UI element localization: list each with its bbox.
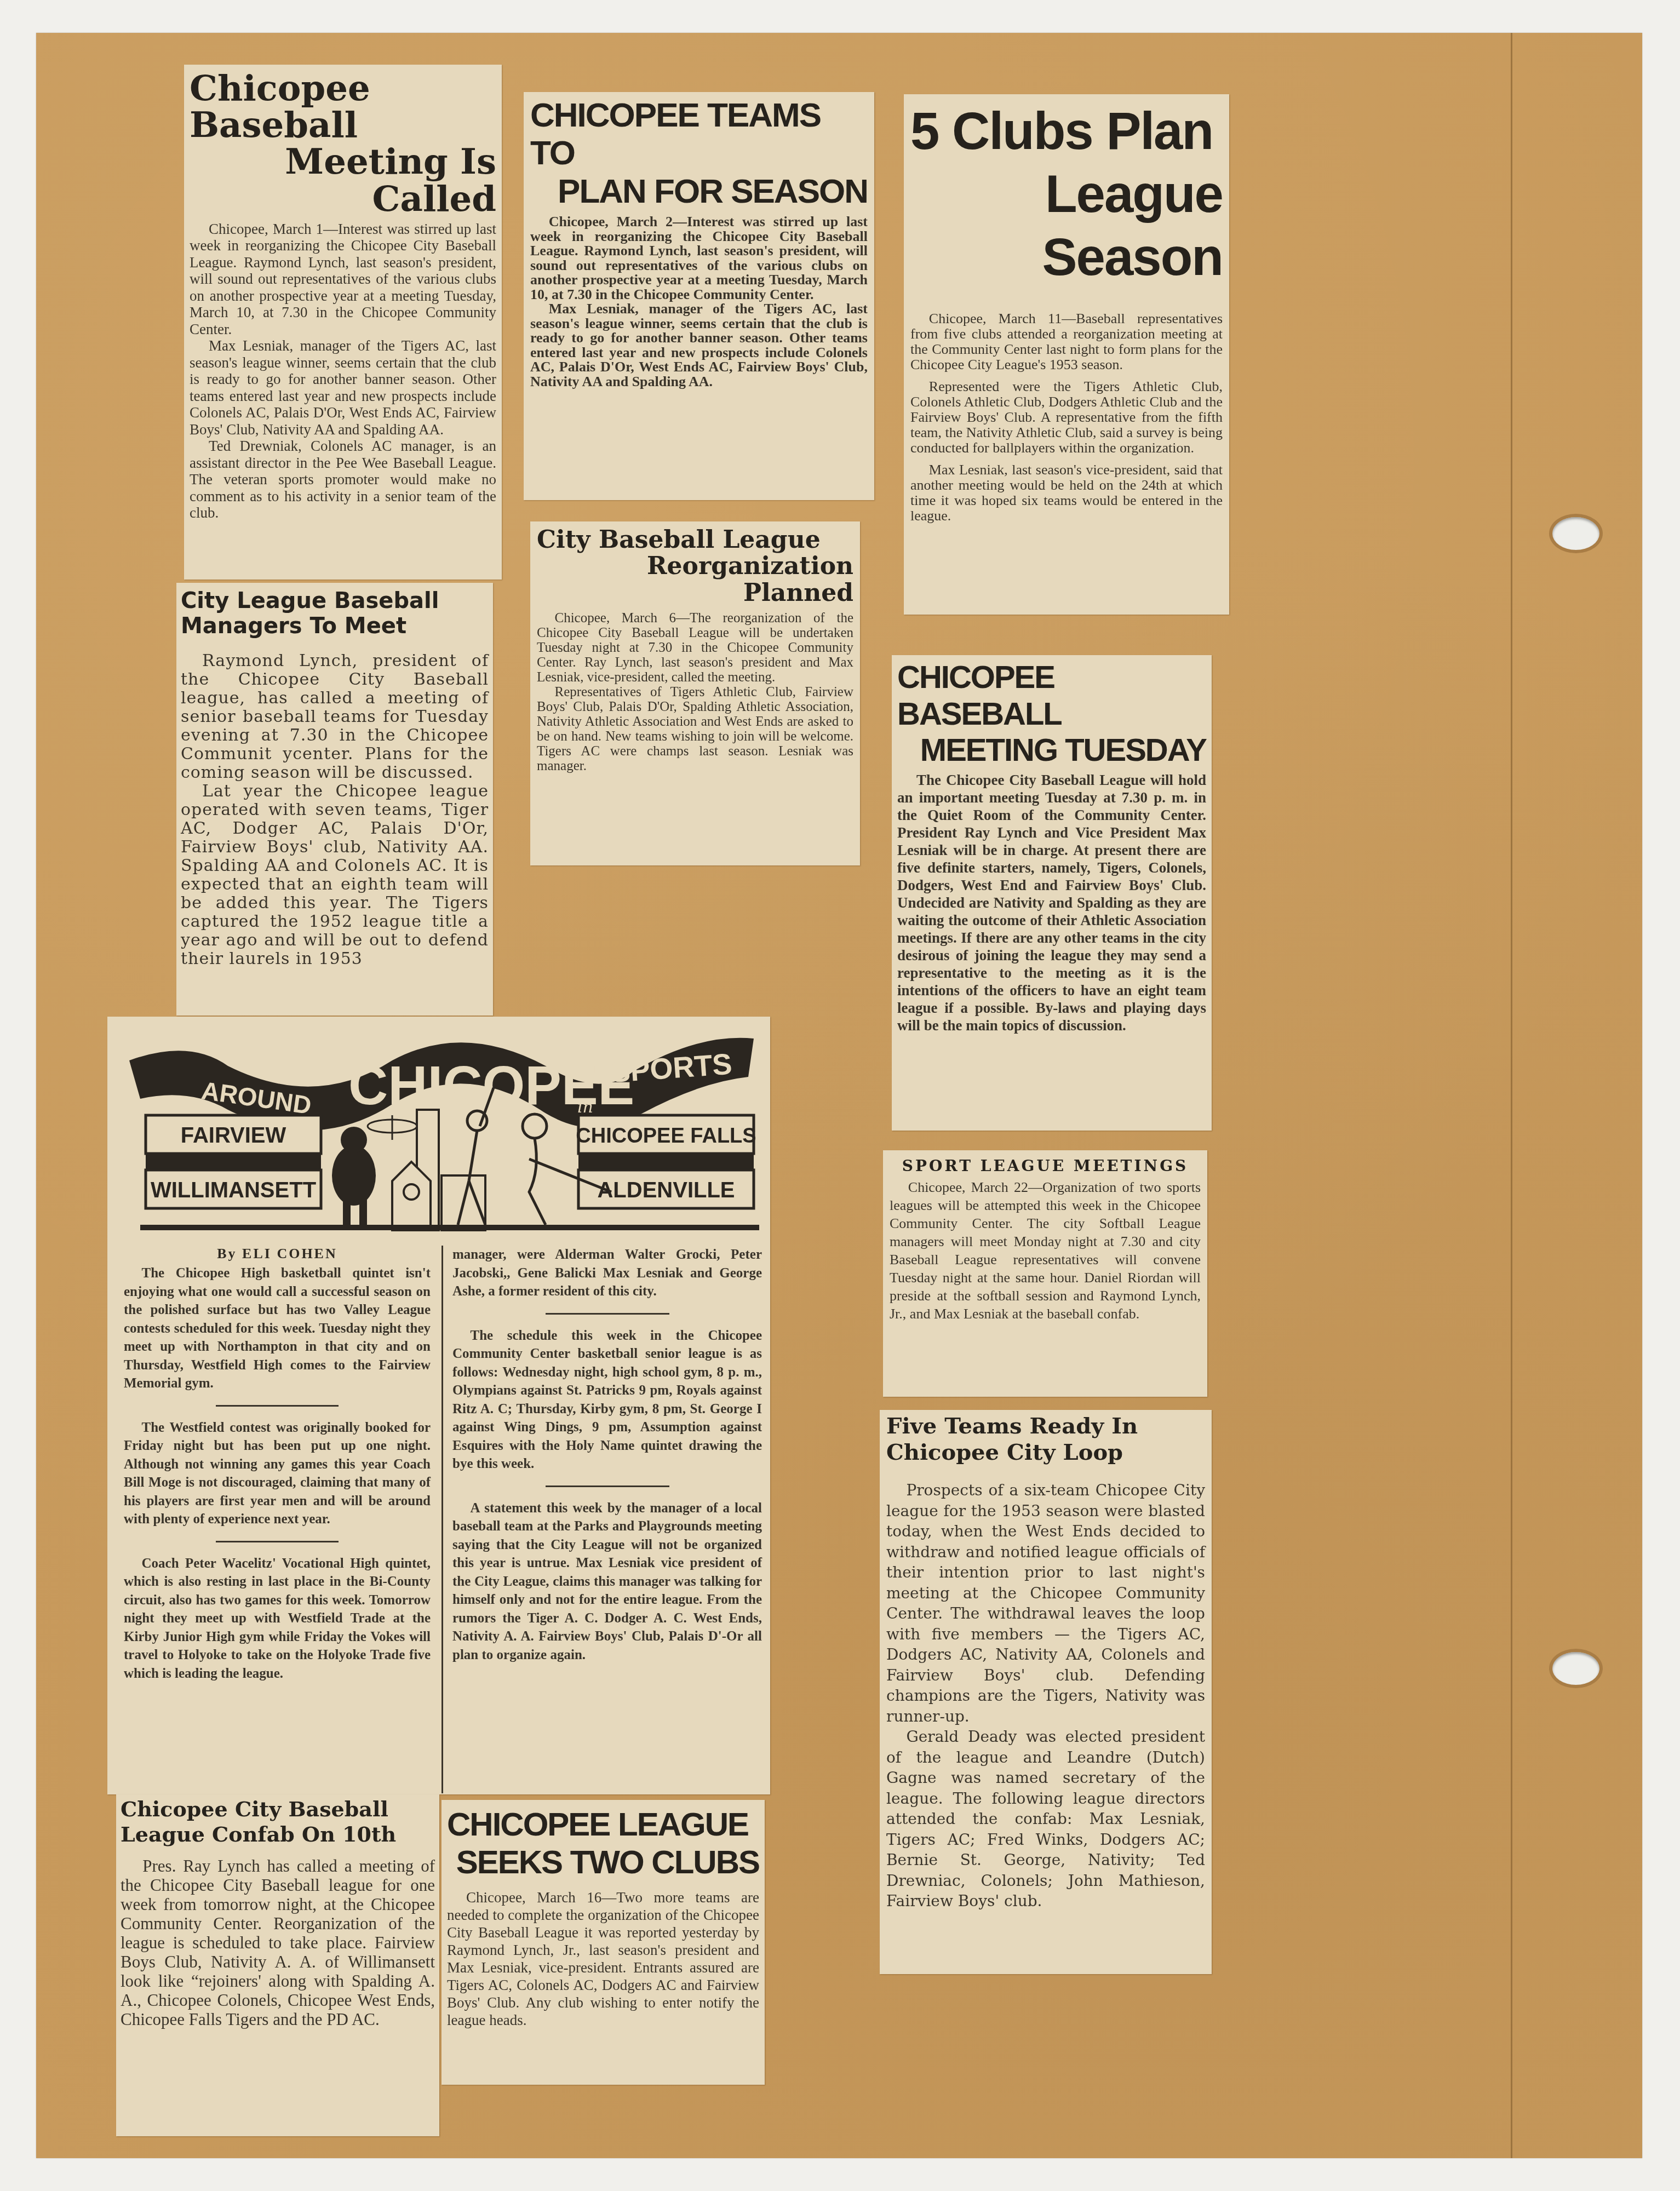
headline-line-2: Reorganization Planned: [537, 553, 853, 606]
clipping-meeting-is-called: Chicopee Baseball Meeting Is Called Chic…: [184, 65, 502, 580]
headline: Five Teams Ready In Chicopee City Loop: [886, 1413, 1205, 1466]
paragraph: Max Lesniak, manager of the Tigers AC, l…: [190, 337, 496, 438]
column-right: manager, were Alderman Walter Grocki, Pe…: [452, 1246, 762, 1664]
paragraph: Max Lesniak, last season's vice-presiden…: [910, 462, 1223, 524]
paragraph: Chicopee, March 22—Organization of two s…: [890, 1178, 1201, 1323]
article-body: Chicopee, March 16—Two more teams are ne…: [447, 1889, 759, 2029]
column-right-body: manager, were Alderman Walter Grocki, Pe…: [452, 1246, 762, 1664]
headline: City Baseball League Reorganization Plan…: [537, 527, 853, 606]
headline: City League Baseball Managers To Meet: [181, 588, 489, 639]
paragraph: The schedule this week in the Chicopee C…: [452, 1327, 762, 1473]
clipping-teams-to-plan: CHICOPEE TEAMS TO PLAN FOR SEASON Chicop…: [524, 92, 874, 500]
paragraph: Chicopee, March 16—Two more teams are ne…: [447, 1889, 759, 2029]
headline-line-1: 5 Clubs Plan: [910, 102, 1213, 160]
banner-aldenville: ALDENVILLE: [597, 1178, 735, 1202]
headline: 5 Clubs Plan League Season: [910, 100, 1223, 289]
section-divider: [216, 1541, 339, 1542]
article-body: Chicopee, March 1—Interest was stirred u…: [190, 221, 496, 521]
paragraph: Coach Peter Wacelitz' Vocational High qu…: [124, 1555, 431, 1683]
paragraph: Gerald Deady was elected president of th…: [886, 1727, 1205, 1912]
headline: CHICOPEE TEAMS TO PLAN FOR SEASON: [530, 96, 868, 210]
clipping-managers-to-meet: City League Baseball Managers To Meet Ra…: [176, 583, 493, 1016]
headline-line-2: Managers To Meet: [181, 613, 406, 639]
clipping-seeks-two-clubs: CHICOPEE LEAGUE SEEKS TWO CLUBS Chicopee…: [441, 1800, 765, 2085]
article-body: Chicopee, March 2—Interest was stirred u…: [530, 215, 868, 389]
airplane-icon: [368, 1115, 417, 1140]
article-body: Pres. Ray Lynch has called a meeting of …: [121, 1856, 435, 2029]
clipping-confab-on-10th: Chicopee City Baseball League Confab On …: [116, 1794, 439, 2136]
headline-line-2: Chicopee City Loop: [886, 1439, 1123, 1465]
article-body: Prospects of a six-team Chicopee City le…: [886, 1480, 1205, 1912]
headline-line-1: Chicopee City Baseball: [121, 1797, 388, 1821]
article-body: Chicopee, March 11—Baseball representati…: [910, 311, 1223, 524]
headline: Chicopee Baseball Meeting Is Called: [190, 70, 496, 217]
football-player-icon: [332, 1127, 376, 1225]
clipping-meeting-tuesday: CHICOPEE BASEBALL MEETING TUESDAY The Ch…: [892, 655, 1212, 1131]
paragraph: The Chicopee High basketball quintet isn…: [124, 1264, 431, 1393]
headline-line-2: SEEKS TWO CLUBS: [447, 1843, 759, 1881]
column-left-body: The Chicopee High basketball quintet isn…: [124, 1264, 431, 1683]
article-body: Chicopee, March 22—Organization of two s…: [890, 1178, 1201, 1323]
paragraph: The Chicopee City Baseball League will h…: [897, 771, 1206, 1034]
paragraph: Lat year the Chicopee league operated wi…: [181, 782, 489, 968]
headline-line-1: CHICOPEE LEAGUE: [447, 1806, 748, 1843]
binder-hole-bottom: [1549, 1649, 1603, 1688]
paragraph: Chicopee, March 1—Interest was stirred u…: [190, 221, 496, 338]
clipping-reorganization-planned: City Baseball League Reorganization Plan…: [530, 521, 860, 865]
paragraph: Chicopee, March 6—The reorganization of …: [537, 611, 853, 685]
page-fold-line: [1511, 33, 1512, 2158]
paragraph: Raymond Lynch, president of the Chicopee…: [181, 652, 489, 782]
headline-line-1: SPORT LEAGUE MEETINGS: [902, 1157, 1189, 1175]
section-divider: [216, 1405, 339, 1407]
paragraph: manager, were Alderman Walter Grocki, Pe…: [452, 1246, 762, 1301]
banner-chicopee-falls: CHICOPEE FALLS: [576, 1125, 756, 1148]
headline-line-2: League Season: [910, 163, 1223, 289]
banner-fairview: FAIRVIEW: [181, 1123, 286, 1148]
section-divider: [546, 1485, 669, 1487]
clipping-sport-league-meetings: SPORT LEAGUE MEETINGS Chicopee, March 22…: [883, 1150, 1207, 1397]
article-body: The Chicopee City Baseball League will h…: [897, 771, 1206, 1034]
paragraph: The Westfield contest was originally boo…: [124, 1419, 431, 1529]
headline-line-1: CHICOPEE TEAMS TO: [530, 96, 821, 172]
byline: By ELI COHEN: [124, 1246, 431, 1262]
headline-line-1: City Baseball League: [537, 526, 821, 554]
article-body: Chicopee, March 6—The reorganization of …: [537, 611, 853, 773]
headline: SPORT LEAGUE MEETINGS: [890, 1158, 1201, 1174]
paragraph: Ted Drewniak, Colonels AC manager, is an…: [190, 438, 496, 521]
headline-line-2: Meeting Is Called: [190, 144, 496, 217]
paragraph: Prospects of a six-team Chicopee City le…: [886, 1480, 1205, 1727]
headline-line-1: City League Baseball: [181, 588, 439, 613]
clipping-five-teams-ready: Five Teams Ready In Chicopee City Loop P…: [880, 1410, 1212, 1974]
paragraph: A statement this week by the manager of …: [452, 1499, 762, 1665]
headline: CHICOPEE LEAGUE SEEKS TWO CLUBS: [447, 1805, 759, 1881]
banner-baseline: [140, 1225, 759, 1230]
column-banner-illustration: AROUND CHICOPEE in SPORTS FAIRVIEW WILLI…: [107, 1017, 770, 1241]
paragraph: Representatives of Tigers Athletic Club,…: [537, 685, 853, 773]
section-divider: [546, 1313, 669, 1315]
headline-line-2: MEETING TUESDAY: [897, 732, 1206, 769]
headline-line-1: CHICOPEE BASEBALL: [897, 659, 1062, 732]
banner-willimansett: WILLIMANSETT: [151, 1178, 316, 1202]
headline-line-1: Chicopee Baseball: [190, 68, 370, 146]
headline-line-1: Five Teams Ready In: [886, 1413, 1138, 1439]
headline: Chicopee City Baseball League Confab On …: [121, 1797, 435, 1846]
headline: CHICOPEE BASEBALL MEETING TUESDAY: [897, 659, 1206, 769]
paragraph: Max Lesniak, manager of the Tigers AC, l…: [530, 302, 868, 389]
column-rule: [441, 1246, 443, 1793]
column-around-chicopee-in-sports: AROUND CHICOPEE in SPORTS FAIRVIEW WILLI…: [107, 1017, 770, 1794]
article-body: Raymond Lynch, president of the Chicopee…: [181, 652, 489, 968]
headline-line-2: League Confab On 10th: [121, 1822, 396, 1846]
paragraph: Chicopee, March 2—Interest was stirred u…: [530, 215, 868, 302]
paragraph: Represented were the Tigers Athletic Clu…: [910, 379, 1223, 456]
clipping-five-clubs-plan: 5 Clubs Plan League Season Chicopee, Mar…: [904, 94, 1229, 615]
paragraph: Chicopee, March 11—Baseball representati…: [910, 311, 1223, 372]
column-left: By ELI COHEN The Chicopee High basketbal…: [124, 1246, 431, 1683]
headline-line-2: PLAN FOR SEASON: [530, 173, 868, 210]
paragraph: Pres. Ray Lynch has called a meeting of …: [121, 1856, 435, 2029]
binder-hole-top: [1549, 514, 1603, 553]
